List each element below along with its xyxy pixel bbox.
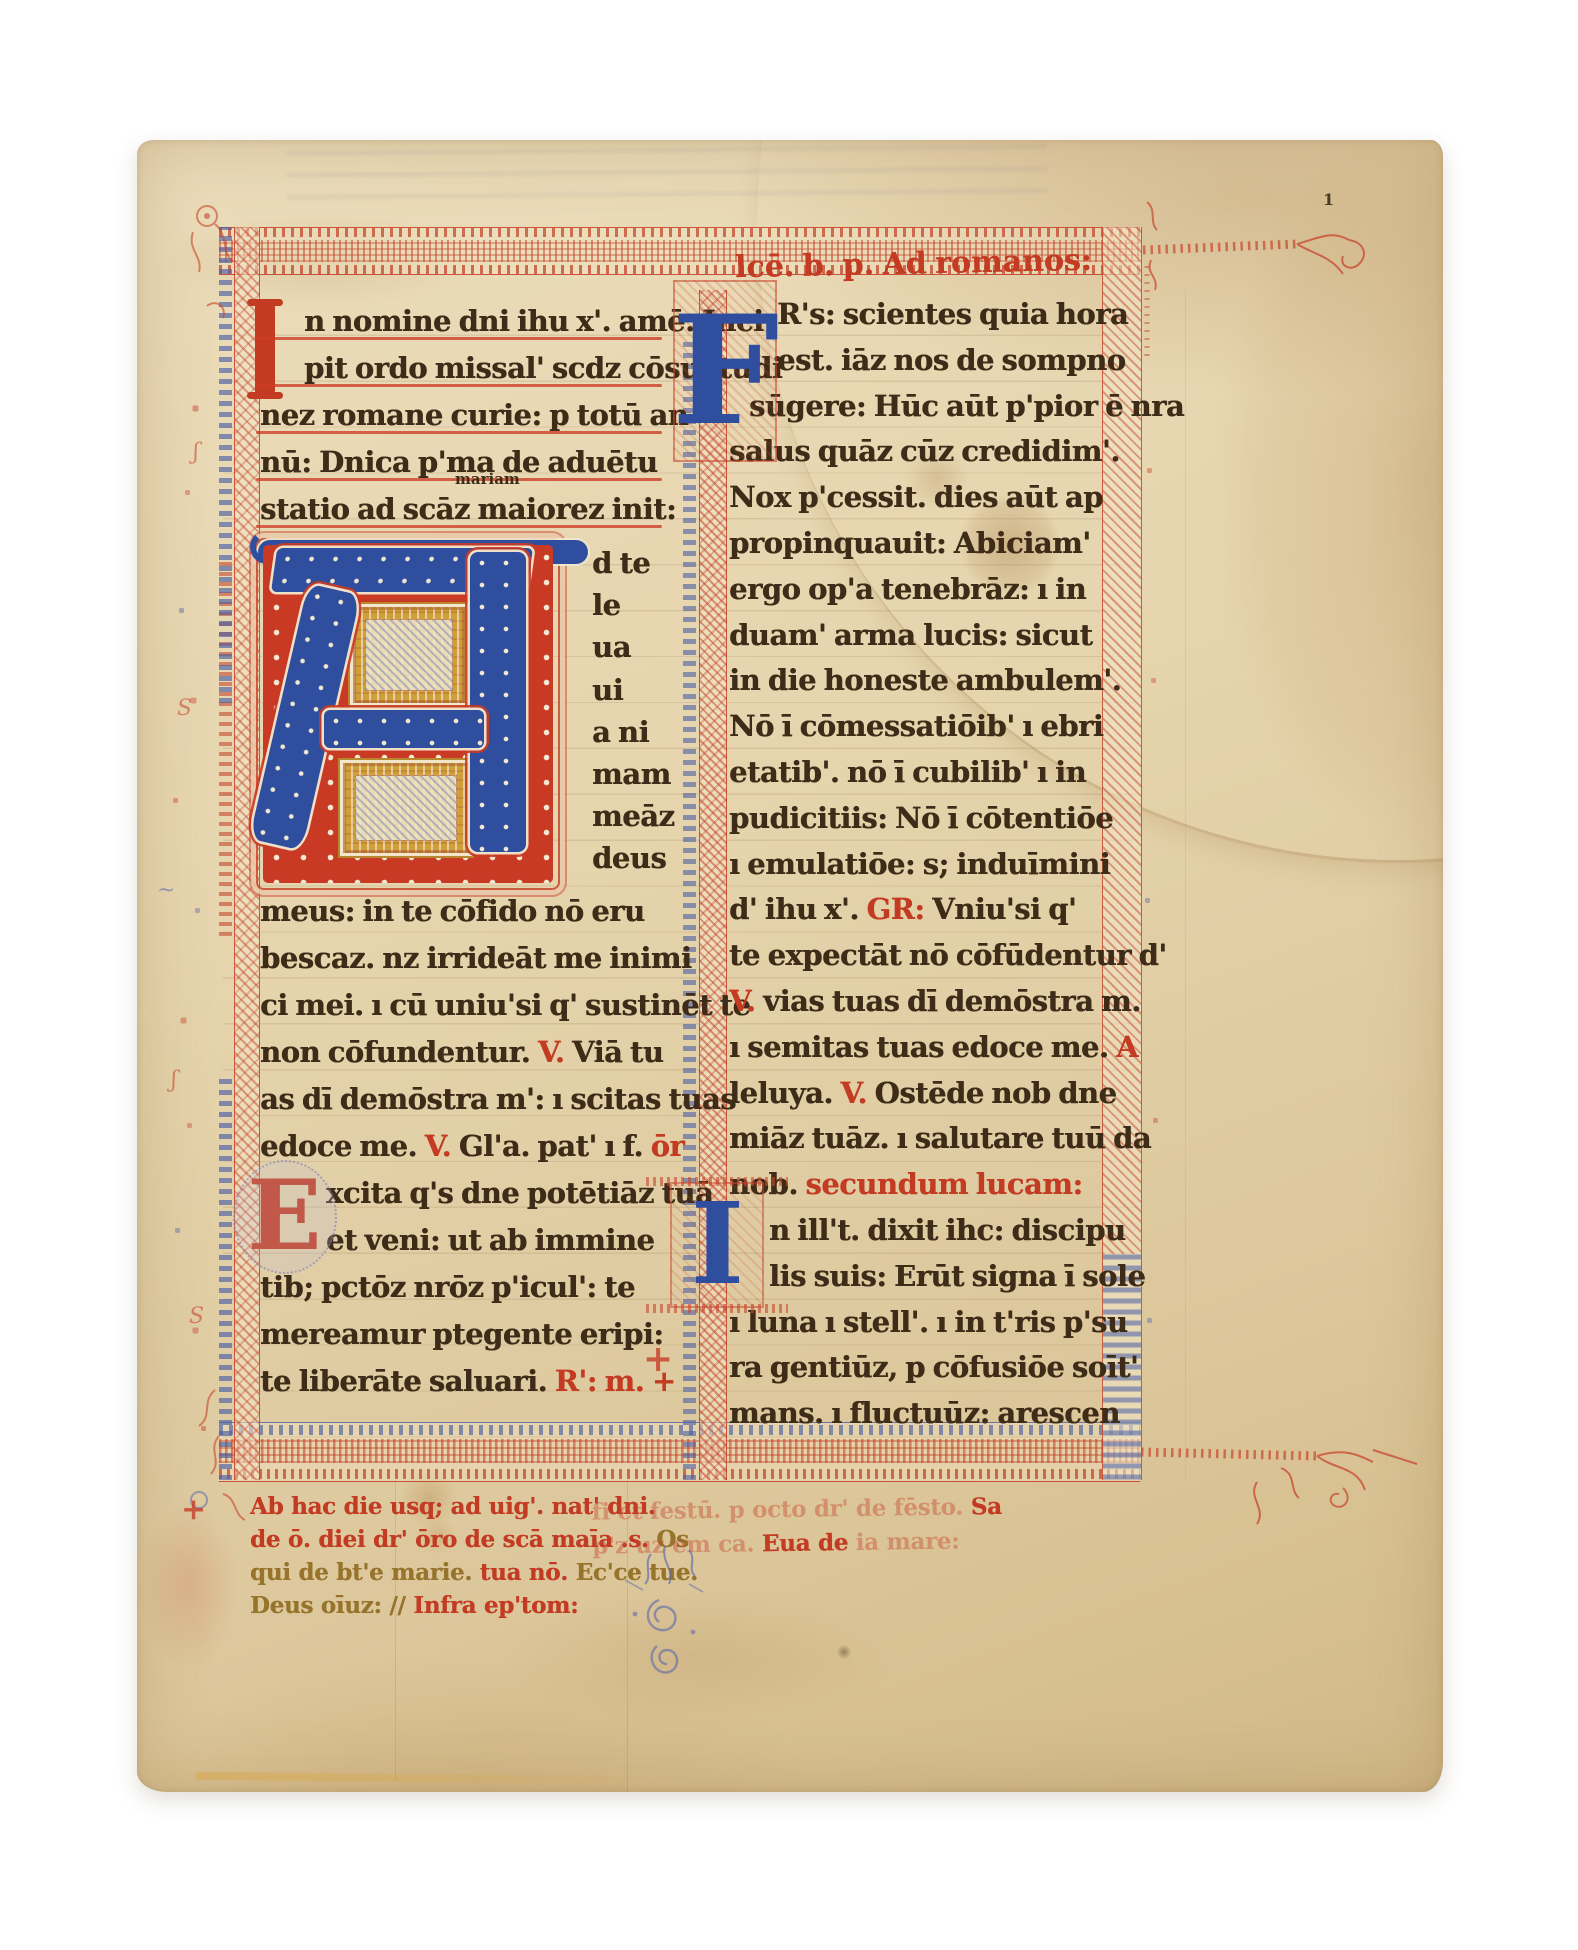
text-line: n nomine dni ihu x'. amē. Inci: [260, 298, 660, 345]
margin-dot-decoration: [137, 140, 138, 141]
illuminated-initial-I-gospel: I: [670, 1182, 764, 1308]
right-column-body: R's: scientes quia horaest. iāz nos de s…: [729, 292, 1104, 1437]
margin-squiggle: ʃ: [171, 1068, 177, 1093]
initial-gold-panel: [340, 760, 472, 856]
margin-squiggle: S: [177, 696, 192, 721]
text-line: V. vias tuas dī demōstra m.: [729, 979, 1104, 1025]
illuminated-initial-A: [256, 538, 560, 890]
text-line: bescaz. nz irrideāt me inimi: [260, 935, 662, 982]
manuscript-page: ʃ S ~ ʃ S + + 1 lcē. b. p. Ad romanos: n…: [137, 140, 1443, 1792]
text-line: in die honeste ambulem'.: [729, 658, 1104, 704]
margin-squiggle: ~: [157, 878, 175, 903]
margin-squiggle: ʃ: [193, 440, 199, 465]
text-line: ra gentiūz, p cōfusiōe soīt': [729, 1345, 1104, 1391]
text-line: Nox p'cessit. dies aūt ap: [729, 475, 1104, 521]
left-column-beside-initial: d teleuauia nimammeāzdeus: [592, 542, 672, 880]
initial-gold-panel: [350, 604, 468, 706]
text-line: ergo op'a tenebrāz: ı in: [729, 567, 1104, 613]
penwork-flourish-top-right: [1137, 200, 1377, 380]
text-line: meāz: [592, 795, 672, 837]
text-line: mereamur ptegente eripi:: [260, 1311, 662, 1358]
penwork-flourish-top-left: [171, 184, 301, 334]
penwork-flourish-bottom-right: [1137, 1426, 1437, 1576]
pen-trial-doodle: [605, 1540, 725, 1710]
text-line: mam: [592, 753, 672, 795]
text-line: le: [592, 584, 672, 626]
text-line: miāz tuāz. ı salutare tuū da: [729, 1116, 1104, 1162]
ink-bleedthrough: [287, 145, 1048, 214]
margin-cross: +: [181, 1492, 206, 1527]
initial-stroke: [470, 552, 526, 852]
text-line: ı semitas tuas edoce me. A: [729, 1025, 1104, 1071]
margin-cross: +: [643, 1338, 673, 1380]
text-line: n ill't. dixit ihc: discipu: [729, 1208, 1104, 1254]
border-chain-stripe: [219, 227, 232, 1480]
text-line: ui: [592, 669, 672, 711]
text-line: salus quāz cūz credidim'.: [729, 429, 1104, 475]
text-line: sūgere: Hūc aūt p'pior ē nra: [729, 384, 1104, 430]
text-line: leluya. V. Ostēde nob dne: [729, 1071, 1104, 1117]
text-line: deus: [592, 837, 672, 879]
border-band-left: [219, 227, 259, 1480]
text-line: propinquauit: Abiciam': [729, 521, 1104, 567]
text-line: pudicitiis: Nō ī cōtentiōe: [729, 796, 1104, 842]
text-line: te liberāte saluari. R': m. +: [260, 1358, 662, 1405]
rubricated-initial-E: E: [249, 1168, 319, 1264]
text-line: d te: [592, 542, 672, 584]
left-column-opening: n nomine dni ihu x'. amē. Incipit ordo m…: [260, 298, 660, 533]
initial-letter: I: [691, 1189, 743, 1301]
text-line: non cōfundentur. V. Viā tu: [260, 1029, 662, 1076]
text-line: a ni: [592, 711, 672, 753]
text-line: ı emulatiōe: s; induīmini: [729, 842, 1104, 888]
initial-letter: E: [247, 1168, 320, 1264]
text-line: meus: in te cōfido nō eru: [260, 888, 662, 935]
initial-stroke: [324, 710, 484, 748]
gilded-edge: [195, 1772, 625, 1785]
crease-line: [1185, 290, 1186, 1480]
text-line: te expectāt nō cōfūdentur d': [729, 933, 1104, 979]
scan-background: ʃ S ~ ʃ S + + 1 lcē. b. p. Ad romanos: n…: [0, 0, 1578, 1950]
text-line: statio ad scāz maiorez init:: [260, 486, 660, 533]
interlinear-gloss: mariam: [455, 470, 520, 488]
text-line: pit ordo missal' scdz cōsuetudi: [260, 345, 660, 392]
text-line: Nō ī cōmessatiōib' ı ebri: [729, 704, 1104, 750]
text-line: duam' arma lucis: sicut: [729, 613, 1104, 659]
text-line: nez romane curie: p totū an: [260, 392, 660, 439]
left-column-body: meus: in te cōfido nō erubescaz. nz irri…: [260, 888, 662, 1405]
margin-squiggle: S: [189, 1304, 204, 1329]
text-line: lis suis: Erūt signa ī sole: [729, 1254, 1104, 1300]
text-line: est. iāz nos de sompno: [729, 338, 1104, 384]
text-line: mans. ı fluctuūz: arescen: [729, 1391, 1104, 1437]
illuminated-initial-F: F: [673, 280, 777, 462]
text-line: R's: scientes quia hora: [729, 292, 1104, 338]
initial-letter: F: [672, 296, 779, 446]
text-line: etatib'. nō ī cubilib' ı in: [729, 750, 1104, 796]
text-line: ci mei. ı cū uniu'si q' sustinēt te: [260, 982, 662, 1029]
text-line: d' ihu x'. GR: Vniu'si q': [729, 887, 1104, 933]
text-line: as dī demōstra m': ı scitas tuas: [260, 1076, 662, 1123]
text-line: ua: [592, 626, 672, 668]
